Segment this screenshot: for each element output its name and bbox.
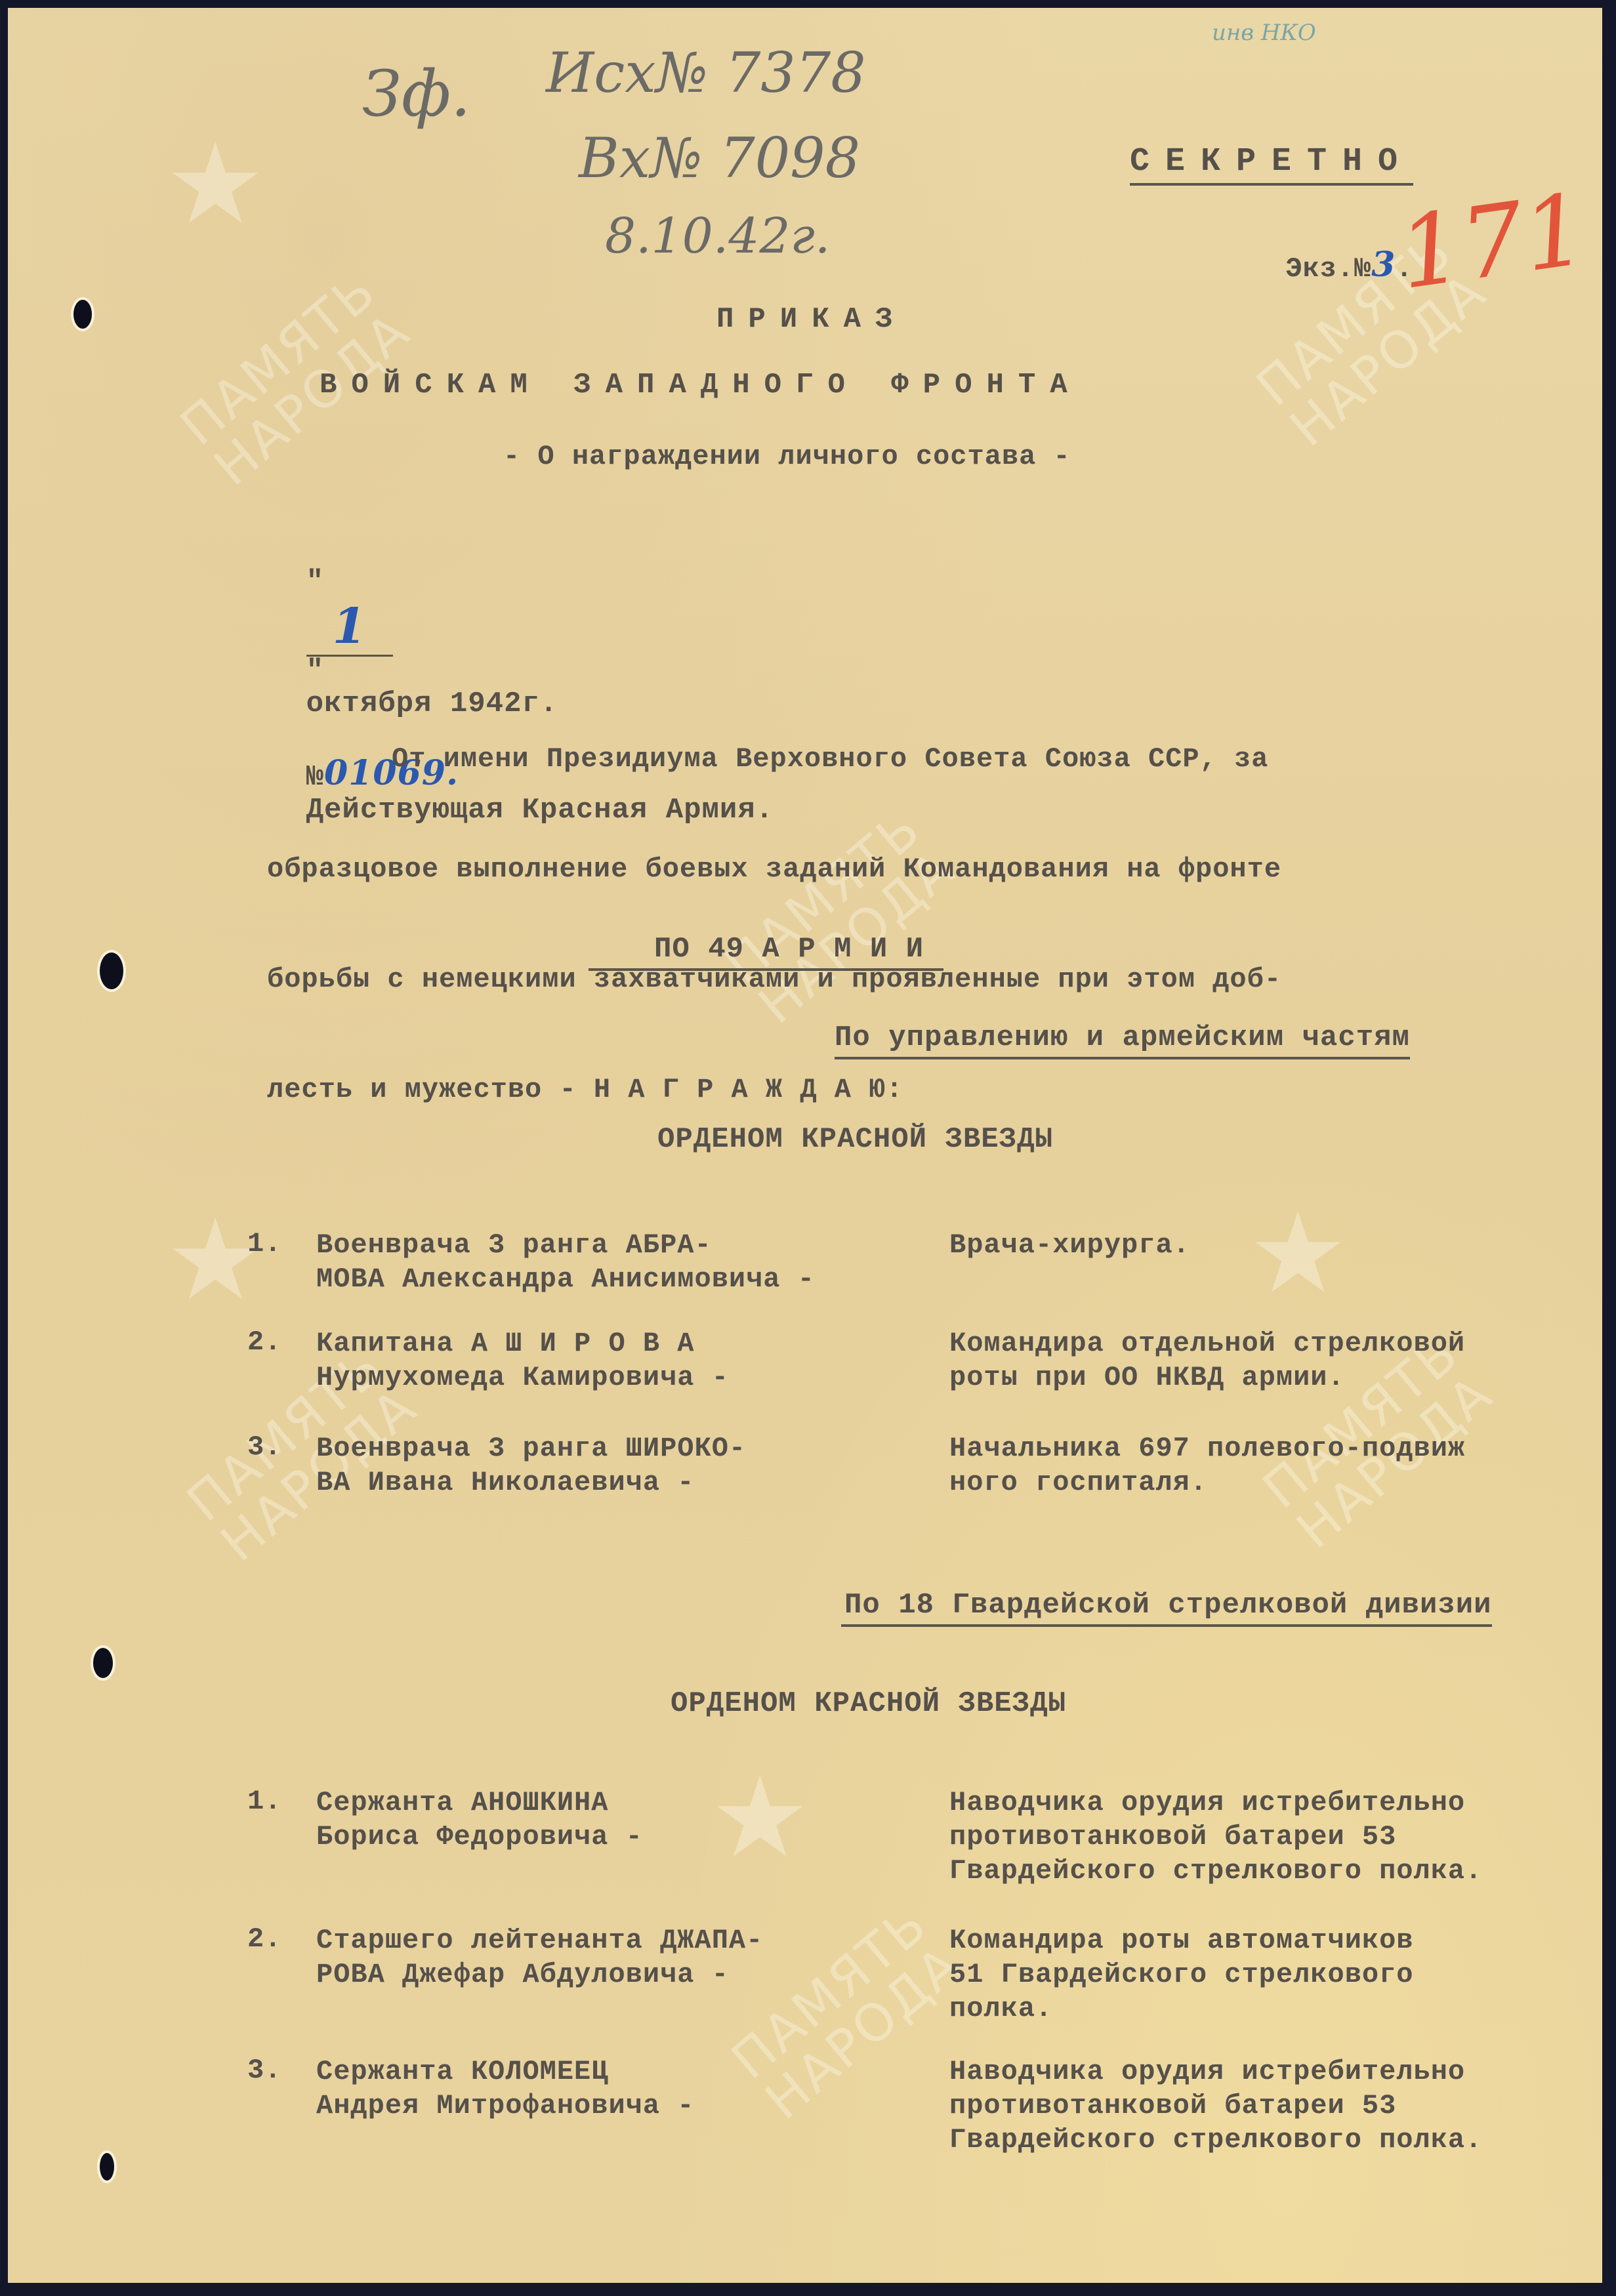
punch-hole bbox=[93, 1648, 113, 1678]
copy-number: Экз.№3. bbox=[1182, 213, 1413, 316]
document-page: ★ ПАМЯТЬ НАРОДА ПАМЯТЬ НАРОДА ПАМЯТЬ НАР… bbox=[8, 8, 1602, 2283]
recipient-name: Капитана А Ш И Р О В АНурмухомеда Камиро… bbox=[316, 1326, 729, 1395]
entry-number: 1. bbox=[247, 1786, 281, 1817]
order-heading: ОРДЕНОМ КРАСНОЙ ЗВЕЗДЫ bbox=[657, 1123, 1053, 1156]
recipient-position: Командира отдельной стрелковойроты при О… bbox=[949, 1326, 1465, 1395]
army-heading: ПО 49 А Р М И И bbox=[589, 933, 943, 971]
recipient-position: Командира роты автоматчиков51 Гвардейско… bbox=[949, 1923, 1414, 2026]
classification-stamp: СЕКРЕТНО Экз.№3. bbox=[1130, 119, 1413, 340]
punch-hole bbox=[100, 953, 123, 989]
watermark-star-icon: ★ bbox=[1248, 1189, 1348, 1319]
entry-number: 1. bbox=[247, 1228, 281, 1260]
unit-heading: По 18 Гвардейской стрелковой дивизии bbox=[841, 1589, 1492, 1627]
watermark-star-icon: ★ bbox=[165, 1195, 265, 1325]
day: 1 bbox=[306, 598, 394, 657]
recipient-position: Начальника 697 полевого-подвижного госпи… bbox=[949, 1431, 1465, 1500]
watermark-star-icon: ★ bbox=[710, 1753, 810, 1883]
entry-number: 3. bbox=[247, 2055, 281, 2086]
order-heading: ОРДЕНОМ КРАСНОЙ ЗВЕЗДЫ bbox=[671, 1687, 1066, 1720]
entry-number: 2. bbox=[247, 1326, 281, 1358]
recipient-name: Старшего лейтенанта ДЖАПА-РОВА Джефар Аб… bbox=[316, 1923, 763, 1992]
document-title: ПРИКАЗ bbox=[716, 303, 907, 336]
recipient-position: Врача-хирурга. bbox=[949, 1228, 1190, 1262]
red-folio-mark: 171 bbox=[1392, 173, 1594, 312]
handwritten-registration: Зф. Исх№ 7378 Вх№ 7098 8.10.42г. bbox=[362, 28, 375, 102]
document-topic: - О награждении личного состава - bbox=[503, 441, 1071, 472]
entry-number: 2. bbox=[247, 1923, 281, 1955]
document-subtitle: ВОЙСКАМ ЗАПАДНОГО ФРОНТА bbox=[320, 369, 1082, 401]
entry-number: 3. bbox=[247, 1431, 281, 1463]
recipient-name: Сержанта АНОШКИНАБориса Федоровича - bbox=[316, 1786, 643, 1854]
recipient-position: Наводчика орудия истребительнопротивотан… bbox=[949, 2055, 1482, 2157]
handwritten-note: инв НКО bbox=[1212, 20, 1316, 46]
unit-heading: По управлению и армейским частям bbox=[835, 1021, 1410, 1059]
recipient-name: Военврача 3 ранга АБРА-МОВА Александра А… bbox=[316, 1228, 815, 1296]
punch-hole bbox=[100, 2153, 114, 2181]
recipient-position: Наводчика орудия истребительнопротивотан… bbox=[949, 1786, 1482, 1888]
preamble: От имени Президиума Верховного Совета Со… bbox=[267, 667, 1281, 1181]
watermark-star-icon: ★ bbox=[165, 119, 265, 249]
recipient-name: Военврача 3 ранга ШИРОКО-ВА Ивана Никола… bbox=[316, 1431, 746, 1500]
punch-hole bbox=[73, 300, 92, 329]
recipient-name: Сержанта КОЛОМЕЕЦАндрея Митрофановича - bbox=[316, 2055, 695, 2123]
